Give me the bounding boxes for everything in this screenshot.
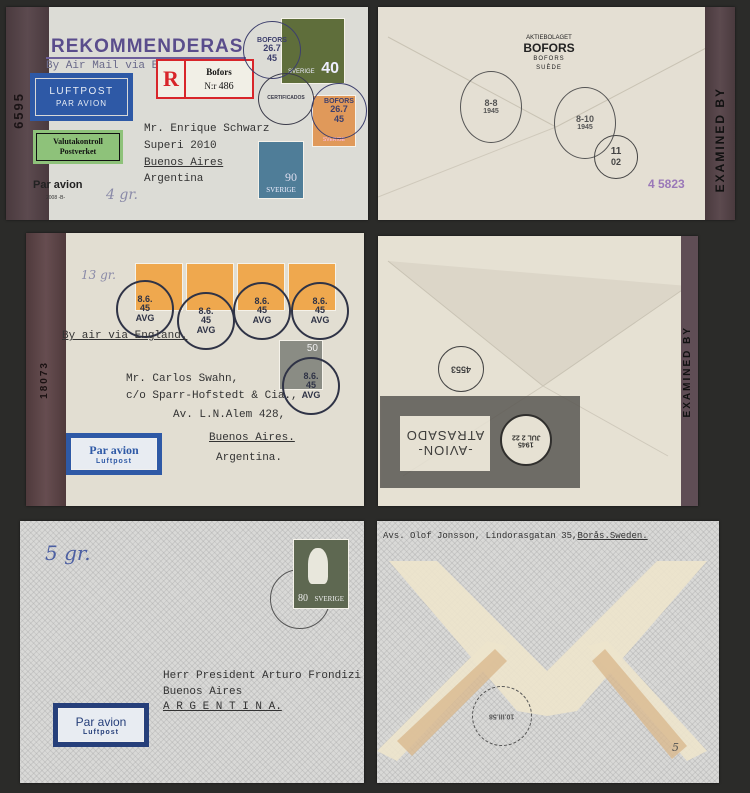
handwritten-weight: 13 gr. bbox=[81, 268, 116, 282]
luftpost-text: LUFTPOST bbox=[49, 86, 113, 97]
slogan-bottom: ATRASADO bbox=[406, 429, 485, 444]
postmark-stockholm: 8.6. 45 AVG bbox=[233, 282, 291, 340]
registration-letter: R bbox=[158, 61, 186, 97]
address-line: Argentina. bbox=[216, 452, 282, 464]
postmark-transit: 11 02 bbox=[594, 135, 638, 179]
postmark-stockholm: 8.6. 45 AVG bbox=[291, 282, 349, 340]
cover3-front: 5 gr. 58 80 SVERIGE Herr President Artur… bbox=[20, 521, 364, 783]
censor-number-violet: 4 5823 bbox=[648, 177, 685, 191]
luftpost-label: LUFTPOST PAR AVION bbox=[30, 73, 133, 121]
valuta-line1: Valutakontroll bbox=[53, 137, 103, 147]
censor-number: 6595 bbox=[11, 92, 26, 129]
postmark-town: CERTIFICADOS bbox=[267, 96, 305, 101]
cover2-front: 18073 13 gr. 50 8.6. 45 AVG 8.6. 45 AVG … bbox=[26, 233, 364, 506]
postmark-buenos-aires: 10.III.58 bbox=[472, 686, 532, 746]
valuta-line2: Postverket bbox=[60, 147, 96, 157]
address-line: Buenos Aires. bbox=[209, 432, 295, 444]
portrait-icon bbox=[308, 548, 328, 584]
postmark-sub: AVG bbox=[302, 391, 321, 400]
stamp-value: 90 bbox=[285, 170, 297, 185]
cover2-back: 4553 -AVION- ATRASADO JUL 2 22 1945 EXAM… bbox=[378, 236, 698, 506]
postmark-date: 11 bbox=[611, 147, 622, 158]
handwritten-note: 5 bbox=[672, 741, 679, 754]
postmark-bofors: BOFORS 26.7 45 bbox=[243, 21, 301, 79]
postmark-date: 8-8 bbox=[484, 99, 497, 108]
address-line: A R G E N T I N A. bbox=[163, 701, 282, 713]
registration-number-label: N:r bbox=[204, 81, 216, 91]
address-line: c/o Sparr-Hofstedt & Cia., bbox=[126, 390, 298, 402]
postmark-date: 10.III.58 bbox=[489, 712, 514, 719]
postmark-number: 4553 bbox=[451, 364, 471, 373]
postmark-small: 4553 bbox=[438, 346, 484, 392]
censor-text: EXAMINED BY bbox=[713, 87, 727, 192]
stamp-value: 40 bbox=[321, 60, 339, 78]
postmark-sub: AVG bbox=[197, 326, 216, 335]
par-avion-text: PAR AVION bbox=[56, 99, 107, 108]
postmark-year: 45 bbox=[334, 115, 344, 124]
postmark-date: 8-10 bbox=[576, 115, 594, 124]
stamp-value: 80 bbox=[298, 593, 308, 604]
cover1-front: 6595 REKOMMENDERAS By Air Mail via Engla… bbox=[6, 7, 368, 220]
address-line: Mr. Enrique Schwarz bbox=[144, 123, 269, 135]
form-code: 2008 -B- bbox=[46, 195, 65, 201]
handwritten-weight: 4 gr. bbox=[106, 187, 138, 203]
postmark-bofors-2: BOFORS 26.7 45 bbox=[311, 83, 367, 139]
address-line: Mr. Carlos Swahn, bbox=[126, 373, 238, 385]
rekommenderas-heading: REKOMMENDERAS bbox=[51, 36, 243, 58]
stamp-country: SVERIGE bbox=[314, 595, 344, 603]
postmark-buenos-aires: JUL 2 22 1945 bbox=[500, 414, 552, 466]
slogan-top: -AVION- bbox=[417, 444, 472, 459]
censor-text: EXAMINED BY bbox=[682, 326, 693, 417]
postmark-year: 1945 bbox=[518, 440, 534, 447]
postmark-year: 1945 bbox=[483, 108, 499, 115]
postmark-year: 1945 bbox=[577, 124, 593, 131]
luftpost-text: Luftpost bbox=[96, 458, 132, 465]
avion-atrasado-slogan: -AVION- ATRASADO JUL 2 22 1945 bbox=[380, 396, 580, 488]
cover3-back: Avs. Olof Jonsson, Lindorasgatan 35,Borå… bbox=[377, 521, 719, 783]
par-avion-label: Par avion Luftpost bbox=[53, 703, 149, 747]
air-note: By air via England. bbox=[62, 330, 187, 342]
address-line: Argentina bbox=[144, 173, 203, 185]
registration-office: Bofors bbox=[206, 67, 232, 77]
postmark-certificados: CERTIFICADOS bbox=[258, 73, 314, 125]
postmark-date: JUL 2 22 bbox=[512, 433, 541, 440]
sender-imprint: AKTIEBOLAGET BOFORS BOFORS SUÈDE bbox=[508, 35, 590, 71]
address-line: Superi 2010 bbox=[144, 140, 217, 152]
censor-number: 18073 bbox=[39, 361, 50, 399]
postmark-year: 02 bbox=[611, 158, 621, 167]
address-line: Herr President Arturo Frondizi bbox=[163, 670, 361, 682]
sender-company: BOFORS bbox=[508, 42, 590, 56]
handwritten-weight: 5 gr. bbox=[45, 541, 91, 565]
postmark-sub: AVG bbox=[136, 314, 155, 323]
stamp-country: SVERIGE bbox=[266, 186, 296, 194]
address-line: Av. L.N.Alem 428, bbox=[173, 409, 285, 421]
par-avion-text: Par avion bbox=[76, 715, 127, 729]
postmark-new-york-1: 8-8 1945 bbox=[460, 71, 522, 143]
stamp-90: 90 SVERIGE bbox=[258, 141, 304, 199]
registration-label: R Bofors N:r 486 bbox=[156, 59, 254, 99]
par-avion-print: Par avion bbox=[33, 179, 83, 191]
stamp-80: 80 SVERIGE bbox=[293, 539, 349, 609]
postmark-sub: AVG bbox=[253, 316, 272, 325]
registration-number: 486 bbox=[219, 81, 234, 92]
postmark-stockholm: 8.6. 45 AVG bbox=[282, 357, 340, 415]
cover1-back: AKTIEBOLAGET BOFORS BOFORS SUÈDE 8-8 194… bbox=[378, 7, 735, 220]
postmark-sub: AVG bbox=[311, 316, 330, 325]
postmark-year: 45 bbox=[267, 54, 277, 63]
luftpost-text: Luftpost bbox=[83, 729, 119, 736]
stamp-value: 50 bbox=[307, 343, 318, 354]
sender-line: BOFORS bbox=[508, 56, 590, 63]
address-line: Buenos Aires bbox=[163, 686, 242, 698]
valutakontroll-label: Valutakontroll Postverket bbox=[33, 130, 123, 164]
sender-line: SUÈDE bbox=[508, 65, 590, 72]
par-avion-label: Par avion Luftpost bbox=[66, 433, 162, 475]
par-avion-text: Par avion bbox=[89, 443, 138, 458]
address-line: Buenos Aires bbox=[144, 157, 223, 169]
envelope-flap bbox=[377, 521, 719, 783]
